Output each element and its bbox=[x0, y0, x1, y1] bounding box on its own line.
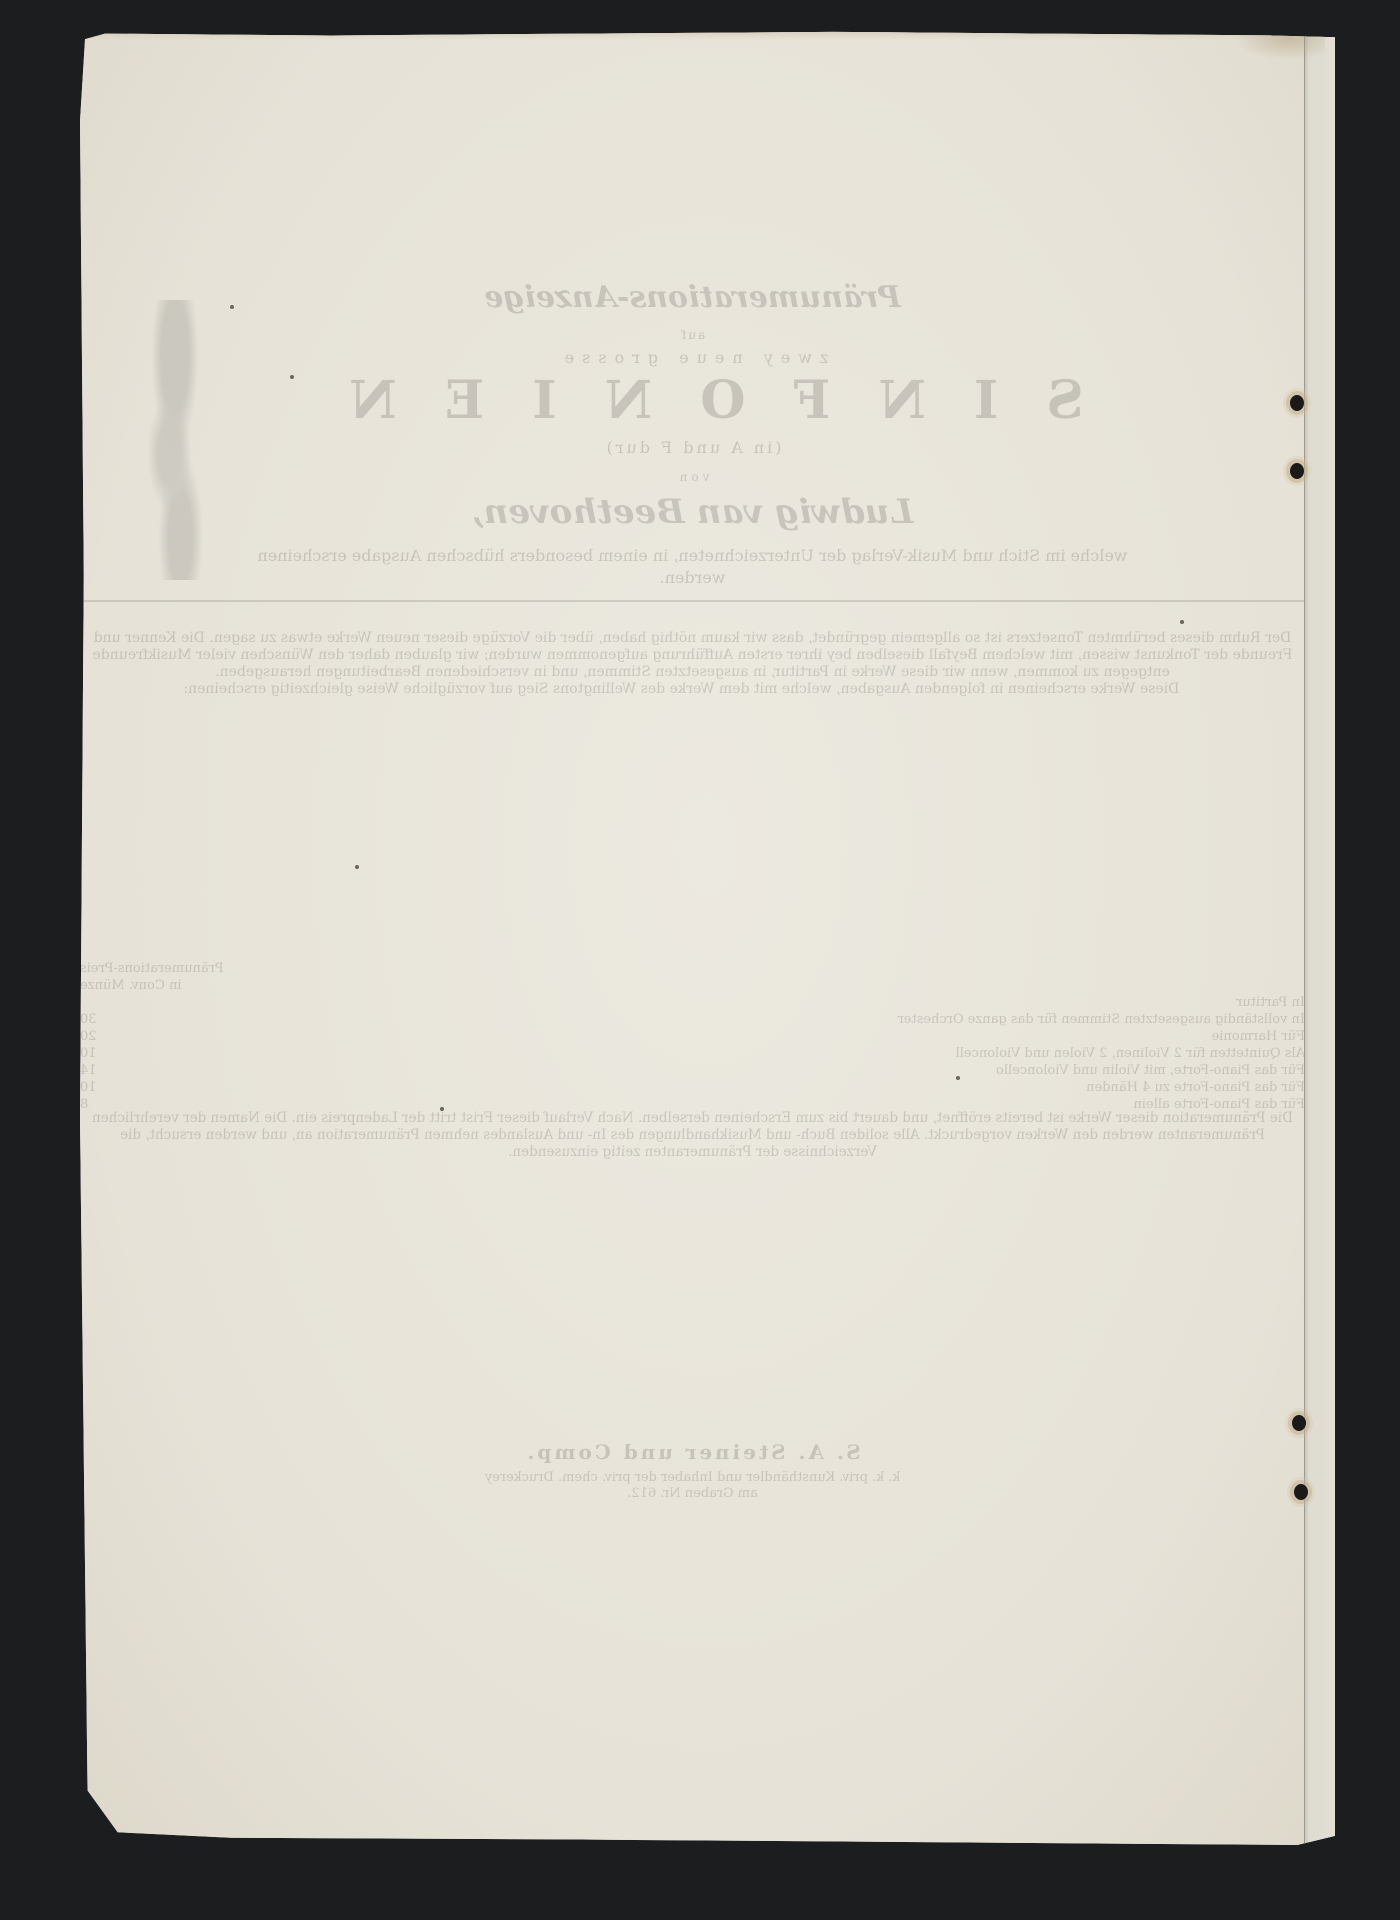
list-item: Als Quintetten für 2 Violinen, 2 Violen … bbox=[80, 1045, 1305, 1062]
list-item: Für das Piano-Forte, mit Violin und Viol… bbox=[80, 1062, 1305, 1079]
price-header-row: Pränumerations-Preis bbox=[80, 960, 1305, 977]
paper-sheet: Pränumerations-Anzeige auf zwey neue gro… bbox=[80, 30, 1335, 1845]
paper-speck bbox=[230, 305, 234, 309]
list-item: Für Harmonie20 bbox=[80, 1028, 1305, 1045]
bleed-body-paragraph: Der Ruhm dieses berühmten Tonsetzers ist… bbox=[80, 630, 1305, 698]
paper-speck bbox=[355, 865, 359, 869]
list-item: In vollständig ausgesetzten Stimmen für … bbox=[80, 1011, 1305, 1028]
bleed-title: Pränumerations-Anzeige bbox=[80, 280, 1305, 315]
bleed-auf: auf bbox=[80, 328, 1305, 342]
price-unit-row: in Conv. Münze bbox=[80, 977, 1305, 994]
bleed-main-heading: SINFONIEN bbox=[80, 370, 1305, 431]
list-item: In Partitur bbox=[80, 994, 1305, 1011]
bleed-signature-details: k. k. priv. Kunsthändler und Inhaber der… bbox=[80, 1470, 1305, 1502]
paper-speck bbox=[956, 1076, 960, 1080]
bleed-signature: S. A. Steiner und Comp. bbox=[80, 1440, 1305, 1464]
bleed-subtitle: zwey neue grosse bbox=[80, 348, 1305, 367]
bleed-description: welche im Stich und Musik-Verlag der Unt… bbox=[80, 545, 1305, 589]
paper-speck bbox=[290, 375, 294, 379]
paper-speck bbox=[440, 1107, 444, 1111]
punch-hole bbox=[1290, 463, 1304, 479]
bleed-von: von bbox=[80, 470, 1305, 484]
punch-hole bbox=[1290, 395, 1304, 411]
bleed-key: (in A und F dur) bbox=[80, 438, 1305, 457]
paper-speck bbox=[1180, 620, 1184, 624]
bleed-price-list: Pränumerations-Preis in Conv. Münze In P… bbox=[80, 960, 1305, 1113]
punch-hole bbox=[1294, 1484, 1308, 1500]
folded-edge-strip bbox=[1304, 30, 1335, 1845]
bleed-author: Ludwig van Beethoven, bbox=[80, 492, 1305, 532]
punch-hole bbox=[1292, 1415, 1306, 1431]
bleed-body-paragraph-2: Die Pränumeration dieser Werke ist berei… bbox=[80, 1110, 1305, 1161]
bleed-ornament-rule bbox=[80, 600, 1305, 602]
mirrored-bleed-through-text: Pränumerations-Anzeige auf zwey neue gro… bbox=[80, 30, 1305, 1845]
list-item: Für das Piano-Forte zu 4 Händen10 bbox=[80, 1079, 1305, 1096]
